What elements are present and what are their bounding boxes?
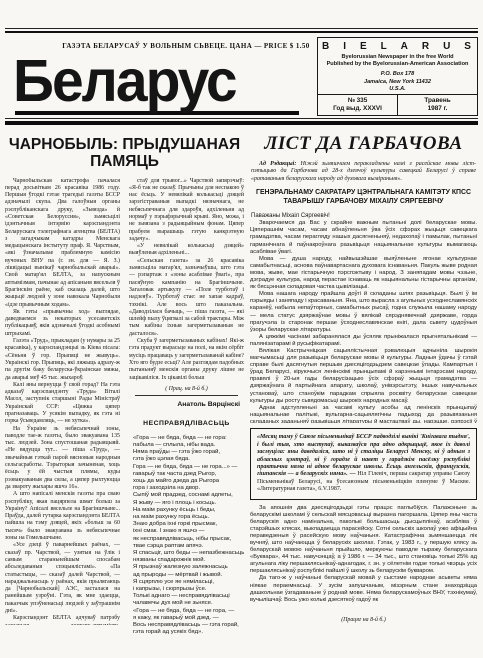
poem-line: Я жыву — яго і плоць і косьць. bbox=[133, 500, 244, 507]
article-paragraph: Калі яны вернуцца ў свой горад? На гэта … bbox=[5, 382, 120, 426]
chernobyl-column-2: стаў для трывог...» Чарствой запярэчыў: … bbox=[129, 178, 244, 640]
letter-paragraph: Мова нашага народу прайшла доўгі й склад… bbox=[250, 291, 477, 334]
continued-note-left: ( Прац. на 8-й б.) bbox=[129, 386, 244, 392]
editorial-note: Ад Рэдакцыі: Ніжэй зьмяшчаем перакладзен… bbox=[251, 161, 476, 184]
article-paragraph: Скуба ў загерметызаваных кабінах! Які-ж … bbox=[129, 338, 244, 382]
poem-body: «Гора — не бяда, бяда — не гора:пабыла —… bbox=[129, 435, 244, 637]
chernobyl-columns: Чарнобыльская катастрофа пачалася перад … bbox=[5, 178, 244, 640]
poem-line: і капрызы, і сюрпрызы ўсе. bbox=[133, 586, 244, 593]
letter-body-before-box: Зварочаемся да Вас у скрайне важным пыта… bbox=[250, 220, 477, 423]
poem-line: гаварыў так часта дзед Рыгор, bbox=[133, 471, 244, 478]
article-chernobyl-headline: ЧАРНОБЫЛЬ: ПРЫДУШАНАЯ ПАМЯЦЬ bbox=[7, 136, 242, 170]
article-paragraph: «У невялікай колькасьці дзяцей» выяўлены… bbox=[129, 243, 244, 258]
letter-greeting: Паважаны Міхаіл Сяргеевіч! bbox=[251, 213, 478, 219]
letter-addressee-line-1: ГЕНЭРАЛЬНАМУ САКРАТАРУ ЦЭНТРАЛЬНАГА КАМІ… bbox=[249, 189, 478, 198]
info-box-title-letter: L bbox=[381, 41, 389, 52]
issue-month: Травень bbox=[398, 97, 477, 105]
letter-body-after-box: За апошнія два дзесяцігодзьдзі гэты прац… bbox=[250, 505, 477, 613]
article-paragraph: стаў для трывог...» Чарствой запярэчыў: … bbox=[129, 178, 244, 244]
masthead: ГАЗЭТА БЕЛАРУСАЎ У ВОЛЬНЫМ СЬВЕЦЕ. ЦАНА … bbox=[5, 37, 478, 116]
article-chernobyl: ЧАРНОБЫЛЬ: ПРЫДУШАНАЯ ПАМЯЦЬ Чарнобыльск… bbox=[5, 132, 244, 640]
continued-note-right: (Працяг на 8-й б.) bbox=[249, 617, 478, 623]
letter-paragraph: Аднак адступленьні за часамі культу асоб… bbox=[250, 405, 477, 424]
poem-line: Знаю добра іхні горкі прысмак, bbox=[133, 521, 244, 528]
poem-line: «Гора — не бяда, бяда — не гора: bbox=[133, 435, 244, 442]
top-rule bbox=[5, 28, 478, 33]
masthead-bottom-rule bbox=[5, 118, 478, 125]
issue-year: 1987 г. bbox=[398, 105, 477, 113]
letter-addressee: ГЕНЭРАЛЬНАМУ САКРАТАРУ ЦЭНТРАЛЬНАГА КАМІ… bbox=[249, 189, 478, 206]
poem-line: гэта ўжо цэлая бяда. bbox=[133, 456, 244, 463]
address-line-2: Jamaica, New York 11432 bbox=[318, 79, 477, 87]
poem-line: Я сцярплю усе яе няміласьці, bbox=[133, 579, 244, 586]
article-paragraph: «Усе дзеці ў паварнейшых раёнах, — сказа… bbox=[5, 542, 120, 615]
article-letter: ЛІСТ ДА ГАРБАЧОВА Ад Рэдакцыі: Ніжэй зьм… bbox=[249, 132, 478, 640]
poem-line: я кажу, як гаварыў мой дзед. — bbox=[133, 615, 244, 622]
info-box-title-letter: E bbox=[360, 41, 369, 52]
poem-line: хоць да майго дзеда да Рыгора bbox=[133, 478, 244, 485]
info-box-subtitle-2: Published by the Byelorussian-American A… bbox=[318, 61, 477, 68]
poem-line: як несправядлівасьць, нібы прысак, bbox=[133, 536, 244, 543]
poem-line: «Гора — не бяда, бяда — не гора, — bbox=[133, 608, 244, 615]
chernobyl-column-1: Чарнобыльская катастрофа пачалася перад … bbox=[5, 178, 120, 625]
info-box-title-letter: B bbox=[322, 41, 331, 52]
address-line-3: U.S.A. bbox=[318, 86, 477, 94]
letter-paragraph: Вялікая Кастрычніцкая сацыялістычная рэв… bbox=[250, 348, 477, 405]
poem-line: Я прызнаў жалезную залежнасьць bbox=[133, 564, 244, 571]
letter-paragraph: Да таго-ж у наўчаньні беларускай мовай у… bbox=[250, 575, 477, 603]
issue-date-cell: Травень 1987 г. bbox=[397, 95, 477, 115]
info-box-title-letter: S bbox=[464, 41, 473, 52]
masthead-left: ГАЗЭТА БЕЛАРУСАЎ У ВОЛЬНЫМ СЬВЕЦЕ. ЦАНА … bbox=[5, 37, 311, 116]
info-box-subtitle-1: Byelorussian Newspaper in the free World bbox=[318, 54, 477, 61]
article-paragraph: А што напісалі менскія газэты пра сваю р… bbox=[5, 491, 120, 542]
letter-paragraph: Мова — душа народу, найвышэйшае выяўлень… bbox=[250, 256, 477, 291]
address-line-1: P.O. Box 178 bbox=[318, 71, 477, 79]
letter-addressee-line-2: ТАВАРЫШУ ГАРБАЧОВУ МІХАІЛУ СЯРГЕЕВІЧУ bbox=[249, 198, 478, 207]
article-paragraph: Чарнобыльская катастрофа пачалася перад … bbox=[5, 178, 120, 309]
article-paragraph: Як гэты «прывычны ход» выглядае, даведва… bbox=[5, 309, 120, 338]
article-paragraph: «Сельская газета» за 26 красавіка зьмясь… bbox=[129, 258, 244, 338]
letter-paragraph: А цяжкімі часінамі забаранялася ды ўсяля… bbox=[250, 334, 477, 348]
info-box-title-letter: A bbox=[401, 41, 410, 52]
page-body: ЧАРНОБЫЛЬ: ПРЫДУШАНАЯ ПАМЯЦЬ Чарнобыльск… bbox=[5, 132, 478, 640]
pullquote-box: «Месяц таму ў Саюзе пісьменьнікаў БССР п… bbox=[250, 428, 477, 499]
publisher-info-box: BIELARUS Byelorussian Newspaper in the f… bbox=[317, 37, 478, 116]
issue-number-cell: № 335 Год выд. XXXVI bbox=[318, 95, 397, 115]
article-paragraph: Газэта «Труд», прыкладам (у нумары за 25… bbox=[5, 338, 120, 382]
publisher-address: P.O. Box 178 Jamaica, New York 11432 U.S… bbox=[318, 71, 477, 94]
issue-year-count: Год выд. XXXVI bbox=[318, 105, 397, 113]
poem-line: гэта горай ад усякіх бяд». bbox=[133, 629, 244, 636]
poem-line: Сыпіў мой прадзед, соснамі адпеты, bbox=[133, 492, 244, 499]
editorial-note-label: Ад Рэдакцыі: bbox=[259, 161, 296, 167]
letter-paragraph: Зварочаемся да Вас у скрайне важным пыта… bbox=[250, 220, 477, 255]
newspaper-logo: Беларус bbox=[13, 50, 311, 112]
info-box-title-letter: R bbox=[422, 41, 431, 52]
chernobyl-column-2-text: стаў для трывог...» Чарствой запярэчыў: … bbox=[129, 178, 244, 382]
info-box-title: BIELARUS bbox=[318, 38, 477, 54]
article-paragraph: На Ўкраіне зь небясьпечнай зоны, паводле… bbox=[5, 426, 120, 492]
info-box-title-letter: U bbox=[443, 41, 452, 52]
letter-paragraph: За апошнія два дзесяцігодзьдзі гэты прац… bbox=[250, 505, 477, 576]
letter-headline: ЛІСТ ДА ГАРБАЧОВА bbox=[249, 134, 478, 154]
issue-number: № 335 bbox=[318, 97, 397, 105]
poem-line: іхні смак. І знаю я яшчэ — bbox=[133, 528, 244, 535]
info-box-title-letter: I bbox=[343, 41, 348, 52]
poem-byline: Анатоль Вярцінскі bbox=[129, 401, 240, 408]
newspaper-page: ГАЗЭТА БЕЛАРУСАЎ У ВОЛЬНЫМ СЬВЕЦЕ. ЦАНА … bbox=[0, 0, 483, 658]
section-divider bbox=[135, 395, 238, 396]
poem-line: твае сэрца раптам апячэ. bbox=[133, 543, 244, 550]
issue-info-row: № 335 Год выд. XXXVI Травень 1987 г. bbox=[318, 94, 477, 115]
poem-line: чалавечы дух мой не зьнясе. bbox=[133, 600, 244, 607]
article-paragraph: Карэспандэнт БЕЛТА адчуваў патрэбу зазна… bbox=[5, 615, 120, 624]
poem-line: На маім рахунку ёсьць і беды, bbox=[133, 507, 244, 514]
poem-line: ад прыроды — мёртвай і жывой. bbox=[133, 572, 244, 579]
poem-line: Гора — не бяда, бяда — не гора...» — bbox=[133, 464, 244, 471]
poem-line: на маім рахунку гора ёсьць. bbox=[133, 514, 244, 521]
poem-title: НЕСПРАВЯДЛІВАСЬЦЬ bbox=[129, 420, 244, 427]
